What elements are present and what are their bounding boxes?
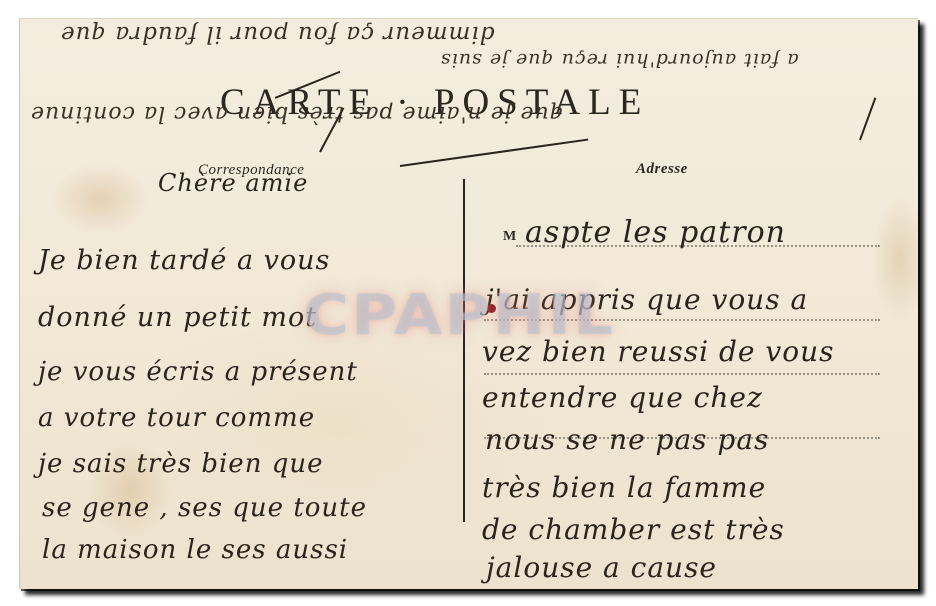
address-handwriting-8: jalouse a cause — [486, 551, 717, 584]
pen-stroke — [859, 97, 876, 140]
watermark: CPAPHIL — [303, 283, 615, 348]
address-label: Adresse — [636, 161, 688, 178]
correspondence-line-4: a votre tour comme — [38, 403, 315, 433]
vertical-divider — [463, 179, 465, 522]
address-handwriting-7: de chamber est très — [482, 513, 785, 546]
address-handwriting-5: nous se ne pas pas — [485, 423, 769, 456]
correspondence-line-5: je sais très bien que — [38, 449, 323, 479]
pen-stroke — [400, 139, 588, 167]
postcard: CARTE · POSTALE Correspondance Adresse M… — [19, 18, 918, 589]
address-handwriting-6: très bien la famme — [482, 471, 766, 504]
address-handwriting-4: entendre que chez — [482, 381, 763, 414]
address-prefix: M — [503, 229, 516, 245]
correspondence-line-7: la maison le ses aussi — [42, 535, 348, 565]
address-handwriting-1: aspte les patron — [525, 215, 786, 250]
correspondence-line-2: donné un petit mot — [38, 302, 317, 333]
correspondence-line-3: je vous écris a présent — [38, 357, 358, 387]
address-line-3 — [484, 373, 880, 375]
correspondence-line-1: Je bien tardé a vous — [38, 245, 330, 276]
handwriting-upside-down-1: dimmeur ça fou pour il faudra que — [60, 21, 494, 47]
greeting: Chère amie — [158, 169, 308, 197]
handwriting-upside-down-2: a fait aujourd'hui reçu que je suis — [440, 49, 799, 71]
handwriting-upside-down-3: que je n'aime pas très bien avec la cont… — [30, 101, 564, 126]
correspondence-line-6: se gene , ses que toute — [42, 493, 367, 523]
